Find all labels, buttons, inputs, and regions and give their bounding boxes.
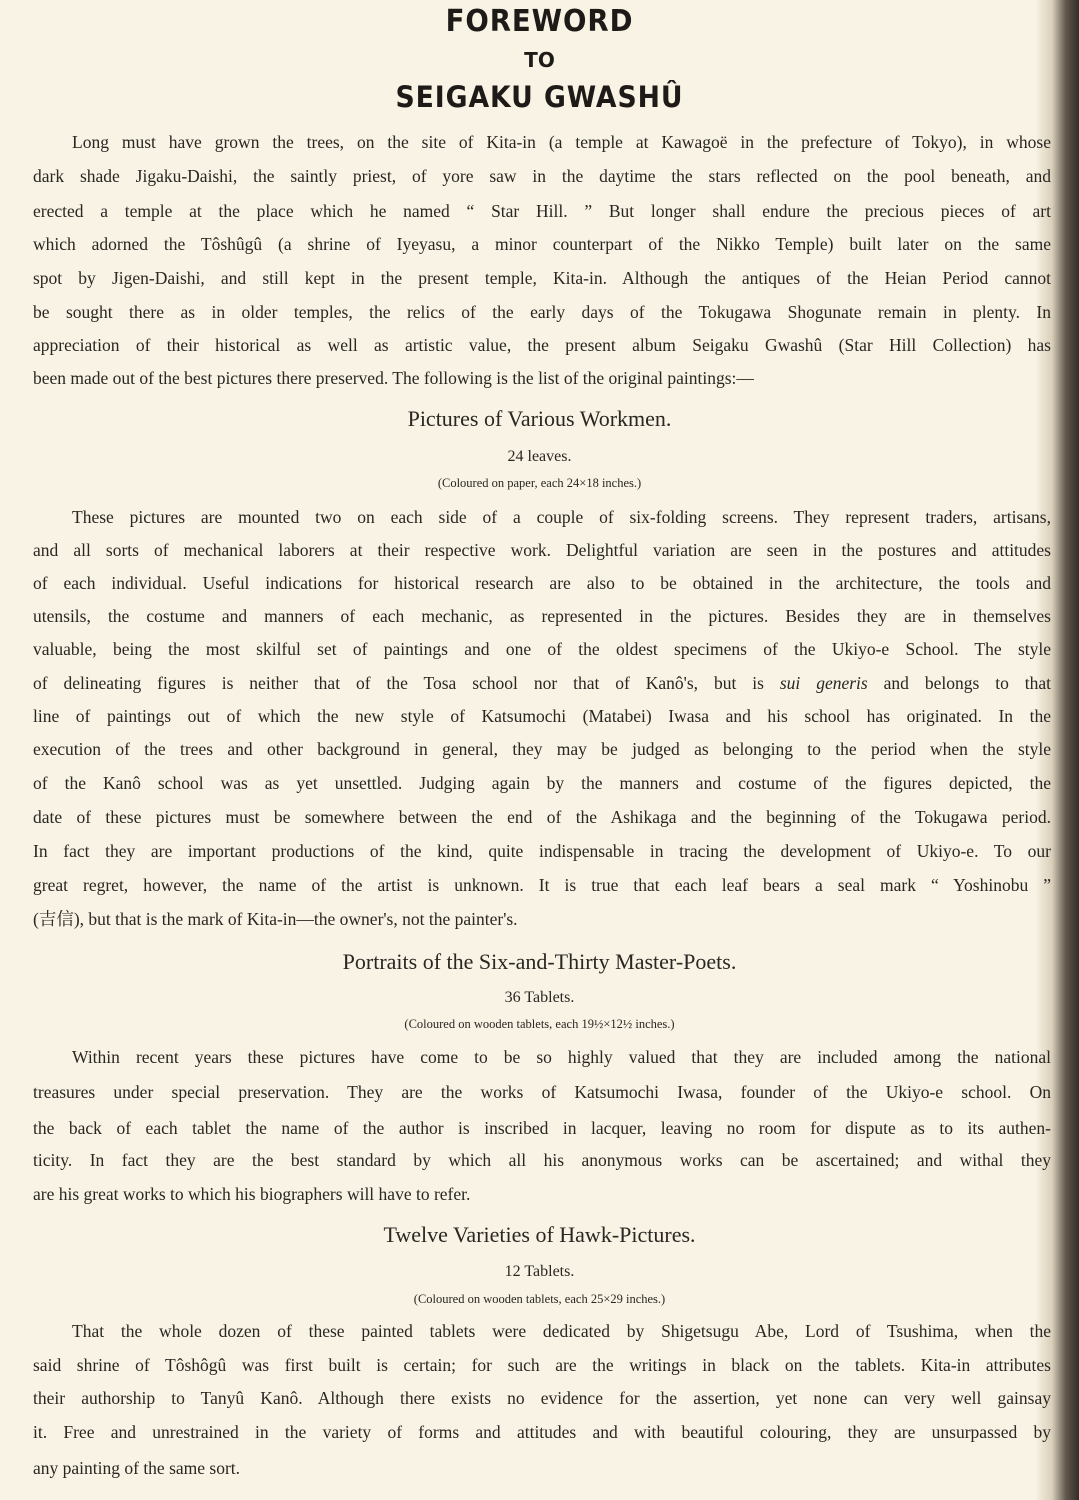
paragraph-line: Within recent years these pictures have …	[72, 1047, 1051, 1067]
paragraph-line: line of paintings out of which the new s…	[33, 706, 1051, 726]
paragraph-line: ticity. In fact they are the best standa…	[33, 1150, 1051, 1170]
paragraph-line: of delineating figures is neither that o…	[33, 673, 1051, 693]
paragraph-line: (吉信), but that is the mark of Kita-in—th…	[33, 909, 1051, 929]
paragraph-line: spot by Jigen-Daishi, and still kept in …	[33, 268, 1051, 288]
title-to: TO	[0, 48, 1079, 72]
section-count: 24 leaves.	[0, 448, 1079, 466]
paragraph-line: These pictures are mounted two on each s…	[72, 507, 1051, 527]
paragraph-line: execution of the trees and other backgro…	[33, 739, 1051, 759]
paragraph-line: which adorned the Tôshûgû (a shrine of I…	[33, 234, 1051, 254]
paragraph-line: their authorship to Tanyû Kanô. Although…	[33, 1388, 1051, 1408]
paragraph-line: utensils, the costume and manners of eac…	[33, 606, 1051, 626]
section-note: (Coloured on wooden tablets, each 19½×12…	[0, 1017, 1079, 1032]
paragraph-line: dark shade Jigaku-Daishi, the saintly pr…	[33, 166, 1051, 186]
book-page: FOREWORD TO SEIGAKU GWASHÛ Long must hav…	[0, 0, 1079, 1500]
paragraph-line: In fact they are important productions o…	[33, 841, 1051, 861]
paragraph-line: appreciation of their historical as well…	[33, 335, 1051, 355]
paragraph-line: it. Free and unrestrained in the variety…	[33, 1422, 1051, 1442]
paragraph-line: and all sorts of mechanical laborers at …	[33, 540, 1051, 560]
paragraph-line: of the Kanô school was as yet unsettled.…	[33, 773, 1051, 793]
section-count: 36 Tablets.	[0, 989, 1079, 1007]
section-heading: Twelve Varieties of Hawk-Pictures.	[0, 1222, 1079, 1248]
paragraph-line: treasures under special preservation. Th…	[33, 1082, 1051, 1102]
paragraph-line: date of these pictures must be somewhere…	[33, 807, 1051, 827]
paragraph-line: erected a temple at the place which he n…	[33, 201, 1051, 221]
paragraph-line: the back of each tablet the name of the …	[33, 1118, 1051, 1138]
section-note: (Coloured on wooden tablets, each 25×29 …	[0, 1292, 1079, 1307]
paragraph-line: are his great works to which his biograp…	[33, 1184, 1051, 1204]
section-note: (Coloured on paper, each 24×18 inches.)	[0, 476, 1079, 491]
paragraph-line: Long must have grown the trees, on the s…	[72, 132, 1051, 152]
paragraph-line: be sought there as in older temples, the…	[33, 302, 1051, 322]
paragraph-line: of each individual. Useful indications f…	[33, 573, 1051, 593]
italic-phrase: sui generis	[780, 673, 868, 693]
title-foreword: FOREWORD	[43, 4, 1036, 39]
paragraph-line: That the whole dozen of these painted ta…	[72, 1321, 1051, 1341]
title-seigaku-gwashu: SEIGAKU GWASHÛ	[43, 80, 1036, 114]
paragraph-line: been made out of the best pictures there…	[33, 368, 1051, 388]
text-span: of delineating figures is neither that o…	[33, 673, 780, 693]
section-heading: Pictures of Various Workmen.	[0, 406, 1079, 432]
paragraph-line: great regret, however, the name of the a…	[33, 875, 1051, 895]
section-count: 12 Tablets.	[0, 1263, 1079, 1281]
paragraph-line: any painting of the same sort.	[33, 1458, 1051, 1478]
text-span: and belongs to that	[868, 673, 1051, 693]
paragraph-line: said shrine of Tôshôgû was first built i…	[33, 1355, 1051, 1375]
section-heading: Portraits of the Six-and-Thirty Master-P…	[0, 949, 1079, 975]
paragraph-line: valuable, being the most skilful set of …	[33, 639, 1051, 659]
